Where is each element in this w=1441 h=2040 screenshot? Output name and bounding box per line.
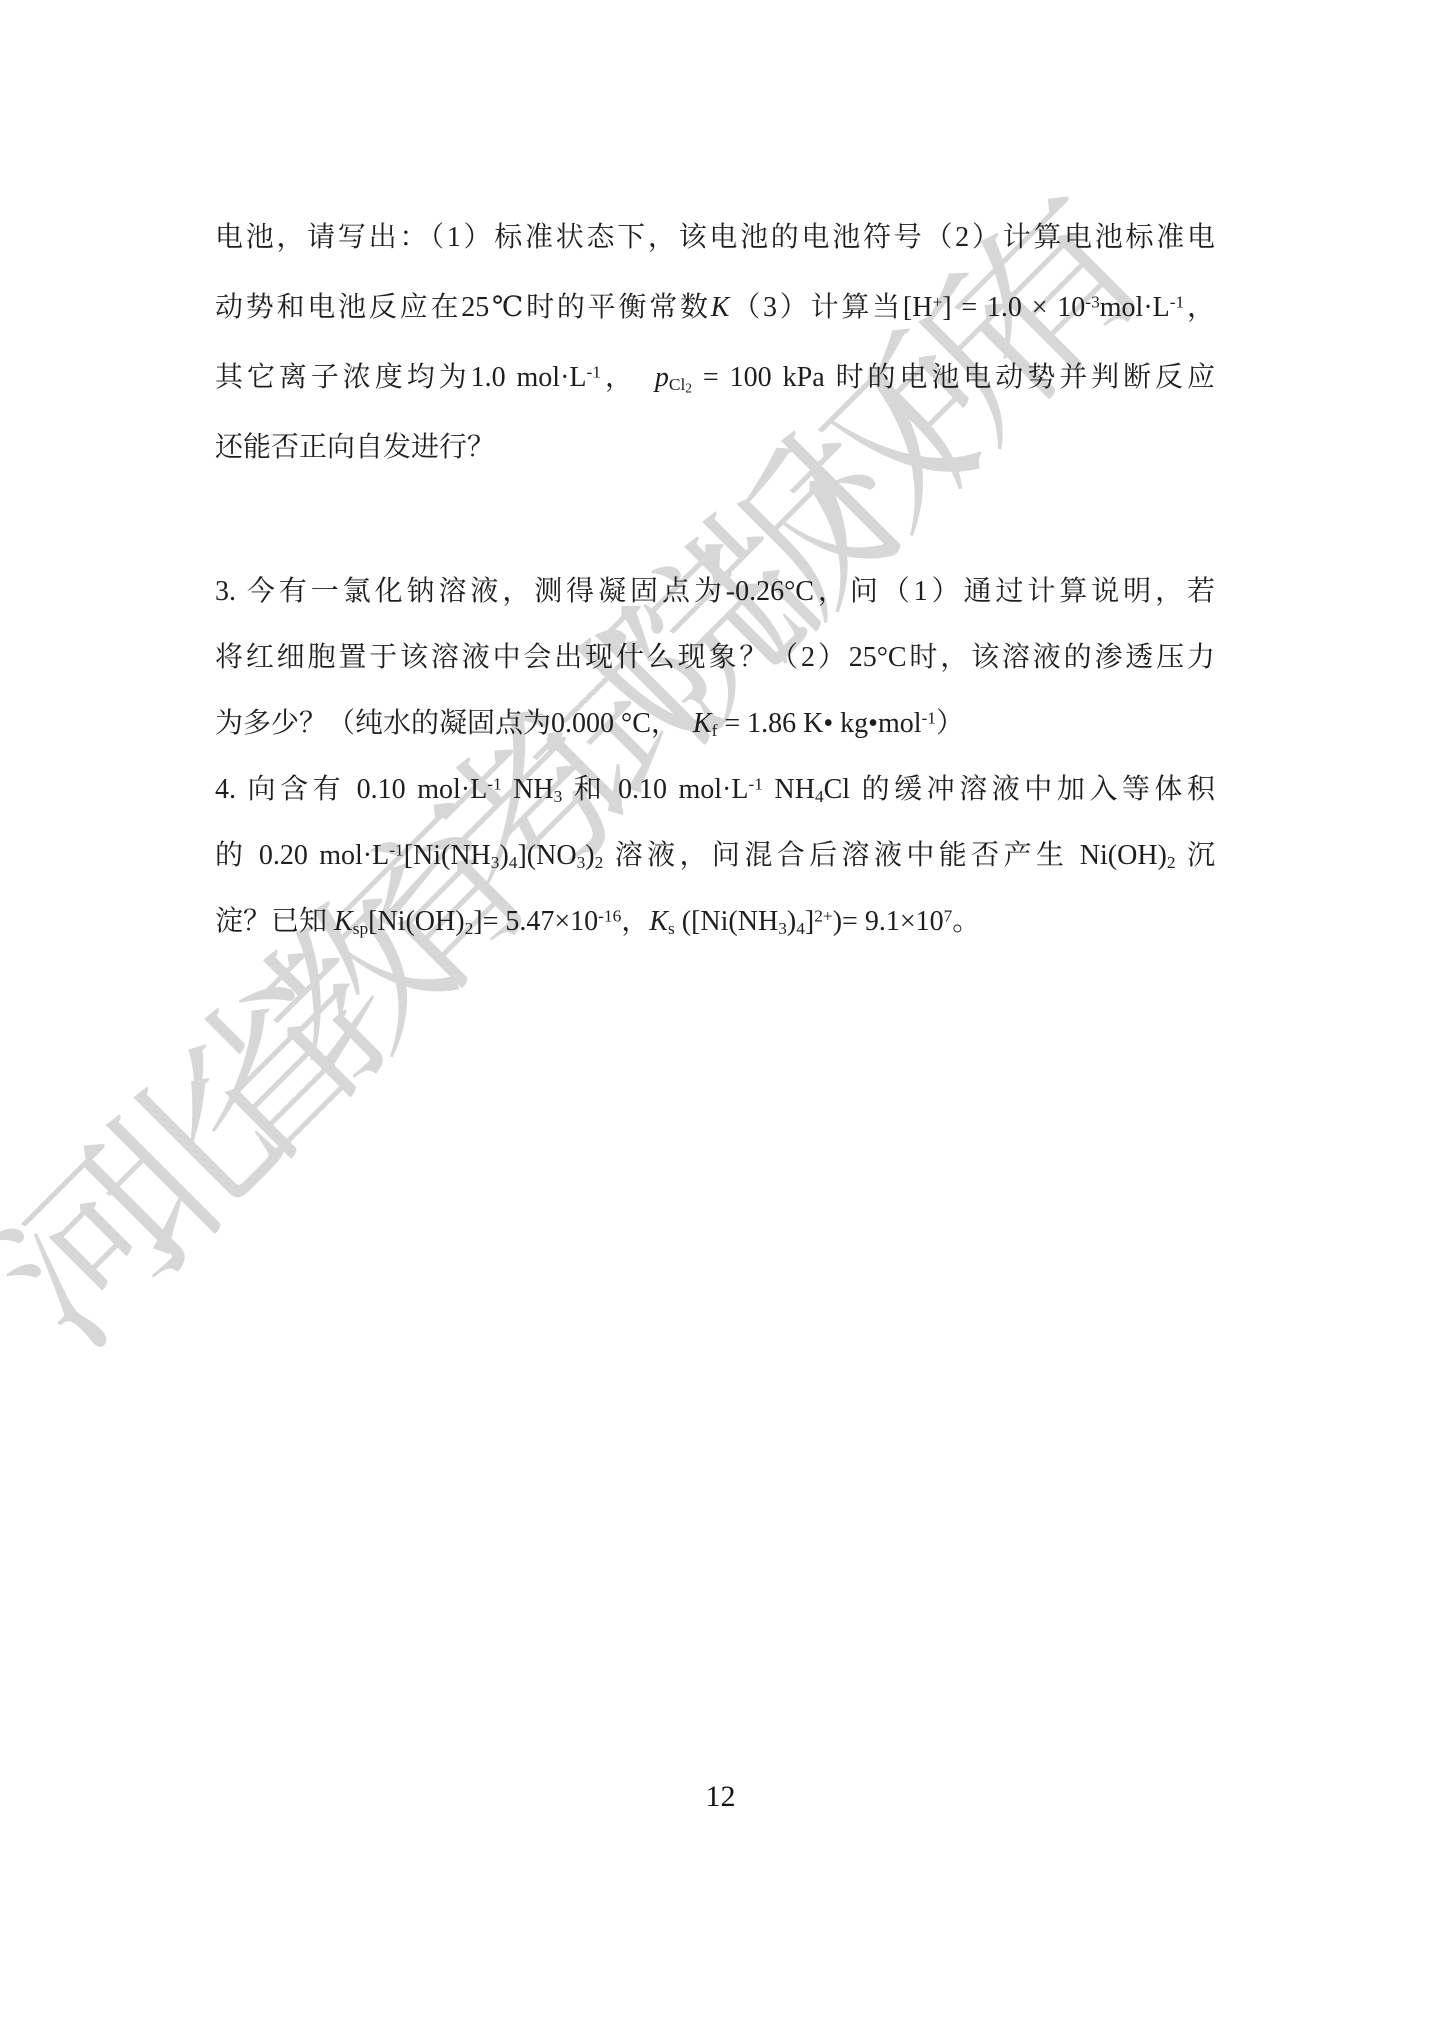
text-segment: 沉 <box>1176 840 1215 871</box>
text-segment: 4. 向含有 0.10 mol·L <box>215 774 487 805</box>
text-segment: -1 <box>587 362 601 381</box>
text-segment: 4 <box>815 787 824 806</box>
text-segment: -1 <box>487 774 501 793</box>
text-line: 将红细胞置于该溶液中会出现什么现象？（2）25°C时，该溶液的渗透压力 <box>215 625 1215 691</box>
text-segment: K <box>649 906 668 937</box>
document-page: 河北省教育考试院版权所有 电池，请写出：（1）标准状态下，该电池的电池符号（2）… <box>0 0 1441 2040</box>
text-segment: ] <box>805 906 814 937</box>
text-line: 电池，请写出：（1）标准状态下，该电池的电池符号（2）计算电池标准电 <box>215 203 1215 273</box>
text-segment: ) <box>499 840 508 871</box>
text-segment: ([Ni(NH <box>675 906 778 937</box>
text-segment: = 100 kPa 时的电池电动势并判断反应 <box>692 362 1215 393</box>
text-segment: ， <box>621 906 649 937</box>
blank-line <box>215 483 1215 559</box>
text-segment: K <box>334 906 353 937</box>
text-segment: mol·L <box>1100 292 1170 323</box>
text-segment: 7 <box>944 906 953 925</box>
text-segment: NH <box>763 774 815 805</box>
text-segment: s <box>668 919 675 938</box>
text-segment: 将红细胞置于该溶液中会出现什么现象？（2）25°C时，该溶液的渗透压力 <box>215 642 1215 673</box>
text-segment: 为多少？（纯水的凝固点为0.000 °C， <box>215 708 693 739</box>
text-segment: )= 9.1×10 <box>833 906 944 937</box>
text-segment: 2+ <box>814 906 832 925</box>
text-segment: -3 <box>1085 292 1099 311</box>
text-segment: K <box>711 292 730 323</box>
text-line: 为多少？（纯水的凝固点为0.000 °C， Kf = 1.86 K• kg•mo… <box>215 691 1215 757</box>
text-segment: 3 <box>778 919 787 938</box>
text-segment: 3 <box>577 853 586 872</box>
text-segment: 和 0.10 mol·L <box>562 774 748 805</box>
text-segment: p <box>655 362 669 393</box>
text-segment: 。 <box>952 906 980 937</box>
text-segment: NH <box>502 774 554 805</box>
text-segment: 其它离子浓度均为1.0 mol·L <box>215 362 587 393</box>
text-segment: 2 <box>595 853 604 872</box>
text-line: 3. 今有一氯化钠溶液，测得凝固点为-0.26°C，问（1）通过计算说明，若 <box>215 559 1215 625</box>
text-segment: 2 <box>465 919 474 938</box>
text-segment: ) <box>787 906 796 937</box>
text-segment: 4 <box>796 919 805 938</box>
text-segment: [Ni(NH <box>404 840 491 871</box>
text-segment: -1 <box>389 840 403 859</box>
text-segment: ， <box>601 362 655 393</box>
text-segment: ]= 5.47×10 <box>473 906 598 937</box>
text-segment: 淀？已知 <box>215 906 334 937</box>
text-segment: = 1.86 K• kg•mol <box>717 708 921 739</box>
text-line: 淀？已知 Ksp[Ni(OH)2]= 5.47×10-16，Ks ([Ni(NH… <box>215 889 1215 955</box>
text-segment: Cl <box>669 375 685 394</box>
text-segment: 动势和电池反应在25℃时的平衡常数 <box>215 292 711 323</box>
text-segment: ) <box>585 840 594 871</box>
text-line: 还能否正向自发进行？ <box>215 413 1215 483</box>
text-segment: Cl 的缓冲溶液中加入等体积 <box>824 774 1215 805</box>
text-segment: -16 <box>598 906 621 925</box>
text-segment: ](NO <box>517 840 576 871</box>
page-number: 12 <box>0 1780 1441 1814</box>
text-segment: + <box>932 292 942 311</box>
text-segment: 电池，请写出：（1）标准状态下，该电池的电池符号（2）计算电池标准电 <box>215 222 1215 253</box>
document-lines: 电池，请写出：（1）标准状态下，该电池的电池符号（2）计算电池标准电动势和电池反… <box>215 203 1215 955</box>
text-segment: ） <box>936 708 964 739</box>
text-segment: ] = 1.0 × 10 <box>942 292 1085 323</box>
text-segment: -1 <box>748 774 762 793</box>
text-segment: （3）计算当[H <box>729 292 932 323</box>
text-segment: 还能否正向自发进行？ <box>215 432 495 463</box>
text-segment: 2 <box>685 381 692 396</box>
text-segment: 3. 今有一氯化钠溶液，测得凝固点为-0.26°C，问（1）通过计算说明，若 <box>215 576 1215 607</box>
text-segment: 2 <box>1167 853 1176 872</box>
text-segment: sp <box>353 919 368 938</box>
text-line: 动势和电池反应在25℃时的平衡常数K（3）计算当[H+] = 1.0 × 10-… <box>215 273 1215 343</box>
text-segment: ， <box>1184 292 1215 323</box>
text-segment: [Ni(OH) <box>368 906 464 937</box>
text-line: 的 0.20 mol·L-1[Ni(NH3)4](NO3)2 溶液，问混合后溶液… <box>215 823 1215 889</box>
text-segment: K <box>693 708 712 739</box>
text-segment: -1 <box>1170 292 1184 311</box>
text-segment: -1 <box>922 708 936 727</box>
text-line: 4. 向含有 0.10 mol·L-1 NH3 和 0.10 mol·L-1 N… <box>215 757 1215 823</box>
text-line: 其它离子浓度均为1.0 mol·L-1， pCl2 = 100 kPa 时的电池… <box>215 343 1215 413</box>
text-segment: 溶液，问混合后溶液中能否产生 Ni(OH) <box>603 840 1167 871</box>
text-segment: 的 0.20 mol·L <box>215 840 389 871</box>
